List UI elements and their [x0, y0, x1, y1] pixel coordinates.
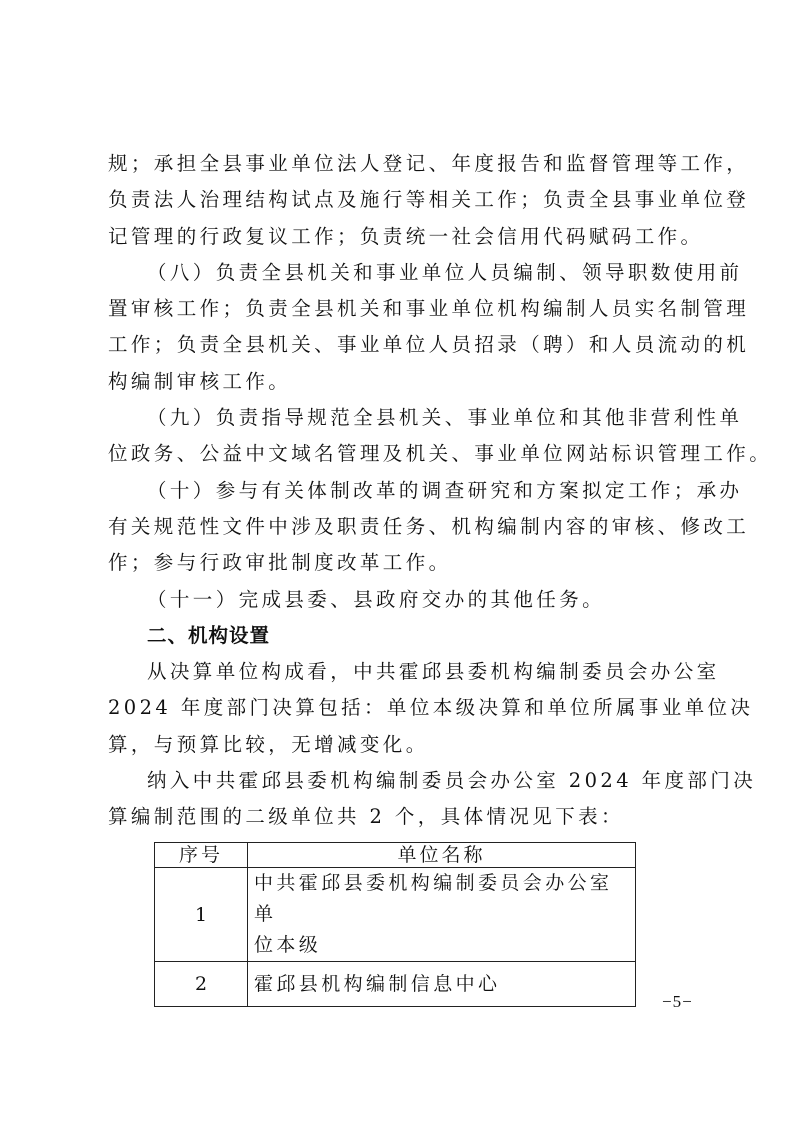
header-serial-number: 序号 — [155, 843, 248, 868]
section-heading: 二、机构设置 — [108, 618, 690, 654]
text-line: （九）负责指导规范全县机关、事业单位和其他非营利性单 — [108, 400, 690, 436]
text-line: 纳入中共霍邱县委机构编制委员会办公室 2024 年度部门决 — [108, 763, 690, 799]
table-row: 2 霍邱县机构编制信息中心 — [155, 962, 636, 1007]
text-line: 有关规范性文件中涉及职责任务、机构编制内容的审核、修改工 — [108, 509, 690, 545]
cell-unit-name-line: 位本级 — [254, 930, 629, 961]
text-line: 位政务、公益中文域名管理及机关、事业单位网站标识管理工作。 — [108, 436, 690, 472]
text-line: 算编制范围的二级单位共 2 个，具体情况见下表： — [108, 799, 690, 835]
text-line: 置审核工作；负责全县机关和事业单位机构编制人员实名制管理 — [108, 291, 690, 327]
text-line: 记管理的行政复议工作；负责统一社会信用代码赋码工作。 — [108, 219, 690, 255]
text-line: 规；承担全县事业单位法人登记、年度报告和监督管理等工作， — [108, 146, 690, 182]
page-number: −5− — [662, 992, 693, 1012]
text-line: （八）负责全县机关和事业单位人员编制、领导职数使用前 — [108, 255, 690, 291]
header-unit-name: 单位名称 — [248, 843, 636, 868]
text-line: 从决算单位构成看，中共霍邱县委机构编制委员会办公室 — [108, 654, 690, 690]
cell-serial-number: 1 — [155, 868, 248, 962]
cell-unit-name: 中共霍邱县委机构编制委员会办公室单 位本级 — [248, 868, 636, 962]
cell-unit-name: 霍邱县机构编制信息中心 — [248, 962, 636, 1007]
cell-serial-number: 2 — [155, 962, 248, 1007]
table-row: 1 中共霍邱县委机构编制委员会办公室单 位本级 — [155, 868, 636, 962]
cell-unit-name-line: 中共霍邱县委机构编制委员会办公室单 — [254, 868, 629, 930]
text-line: 算，与预算比较，无增减变化。 — [108, 727, 690, 763]
text-line: 作；参与行政审批制度改革工作。 — [108, 545, 690, 581]
text-line: （十）参与有关体制改革的调查研究和方案拟定工作；承办 — [108, 473, 690, 509]
units-table: 序号 单位名称 1 中共霍邱县委机构编制委员会办公室单 位本级 2 霍邱县机构编… — [154, 842, 636, 1007]
text-line: 构编制审核工作。 — [108, 364, 690, 400]
text-line: 工作；负责全县机关、事业单位人员招录（聘）和人员流动的机 — [108, 327, 690, 363]
cell-unit-name-line: 霍邱县机构编制信息中心 — [254, 969, 629, 1000]
text-line: （十一）完成县委、县政府交办的其他任务。 — [108, 582, 690, 618]
text-line: 2024 年度部门决算包括：单位本级决算和单位所属事业单位决 — [108, 690, 690, 726]
table-header-row: 序号 单位名称 — [155, 843, 636, 868]
document-body: 规；承担全县事业单位法人登记、年度报告和监督管理等工作， 负责法人治理结构试点及… — [108, 146, 690, 836]
text-line: 负责法人治理结构试点及施行等相关工作；负责全县事业单位登 — [108, 182, 690, 218]
